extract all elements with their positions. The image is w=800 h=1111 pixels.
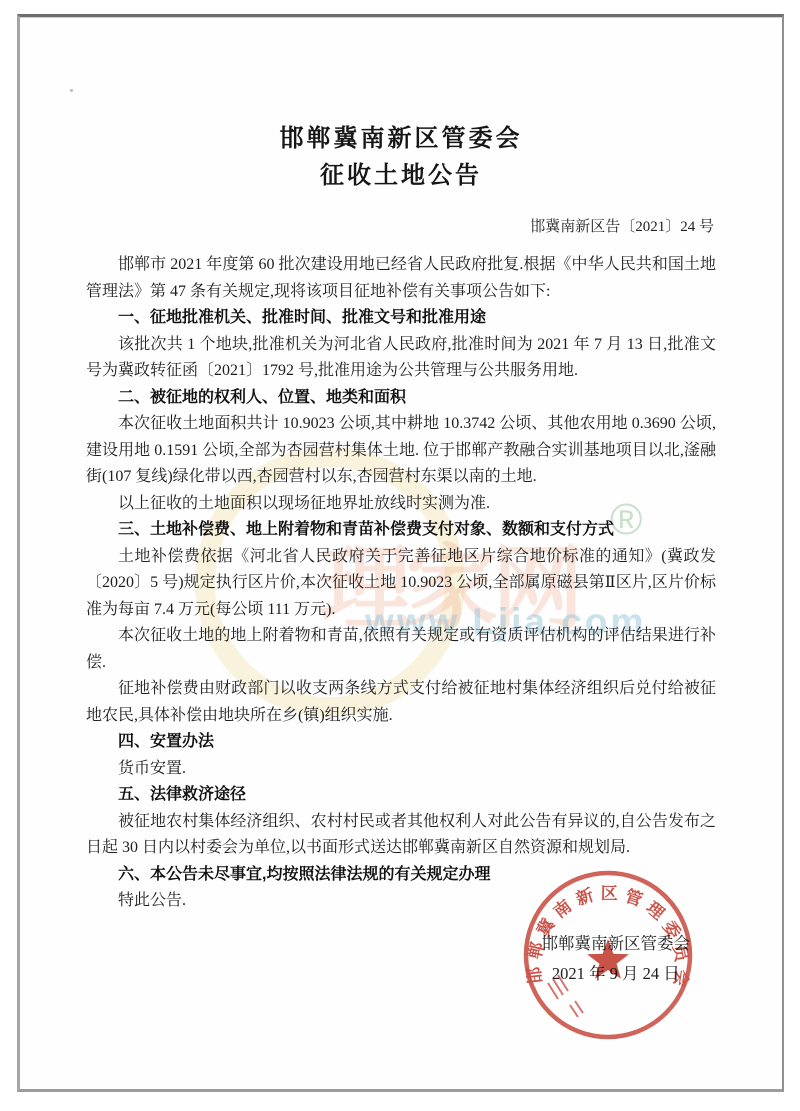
- section-heading: 三、土地补偿费、地上附着物和青苗补偿费支付对象、数额和支付方式: [86, 517, 716, 544]
- section-heading: 六、本公告未尽事宜,均按照法律法规的有关规定办理: [86, 862, 716, 889]
- document-title-line2: 征收土地公告: [86, 158, 716, 195]
- paragraph: 邯郸市 2021 年度第 60 批次建设用地已经省人民政府批复.根据《中华人民共…: [86, 252, 716, 305]
- paragraph: 特此公告.: [86, 888, 716, 915]
- paragraph: 征地补偿费由财政部门以收支两条线方式支付给被征地村集体经济组织后兑付给被征地农民…: [86, 676, 716, 729]
- scan-speck: [70, 89, 73, 92]
- signoff-date: 2021 年 9 月 24 日: [542, 959, 691, 989]
- document-title-line1: 邯郸冀南新区管委会: [86, 121, 716, 158]
- paragraph: 本次征收土地的地上附着物和青苗,依照有关规定或有资质评估机构的评估结果进行补偿.: [86, 623, 716, 676]
- section-heading: 四、安置办法: [86, 729, 716, 756]
- document-body: 邯郸市 2021 年度第 60 批次建设用地已经省人民政府批复.根据《中华人民共…: [86, 252, 716, 915]
- section-heading: 五、法律救济途径: [86, 782, 716, 809]
- paragraph: 土地补偿费依据《河北省人民政府关于完善征地区片综合地价标准的通知》(冀政发〔20…: [86, 544, 716, 624]
- paragraph: 被征地农村集体经济组织、农村村民或者其他权利人对此公告有异议的,自公告发布之日起…: [86, 809, 716, 862]
- signoff-organization: 邯郸冀南新区管委会: [542, 929, 691, 959]
- paragraph: 货币安置.: [86, 756, 716, 783]
- document-content: 邯郸冀南新区管委会 征收土地公告 邯冀南新区告〔2021〕24 号 邯郸市 20…: [20, 121, 782, 989]
- scanned-document: 理家网 www.Ljia.com ® 邯郸冀南新区管委会 征收土地公告 邯冀南新…: [0, 0, 800, 1111]
- document-number: 邯冀南新区告〔2021〕24 号: [86, 215, 716, 236]
- section-heading: 一、征地批准机关、批准时间、批准文号和批准用途: [86, 305, 716, 332]
- paragraph: 该批次共 1 个地块,批准机关为河北省人民政府,批准时间为 2021 年 7 月…: [86, 332, 716, 385]
- paragraph: 本次征收土地面积共计 10.9023 公顷,其中耕地 10.3742 公顷、其他…: [86, 411, 716, 491]
- paragraph: 以上征收的土地面积以现场征地界址放线时实测为准.: [86, 491, 716, 518]
- section-heading: 二、被征地的权利人、位置、地类和面积: [86, 385, 716, 412]
- signoff-block: 邯郸冀南新区管委会 2021 年 9 月 24 日: [86, 929, 716, 989]
- document-page: 理家网 www.Ljia.com ® 邯郸冀南新区管委会 征收土地公告 邯冀南新…: [17, 14, 784, 1092]
